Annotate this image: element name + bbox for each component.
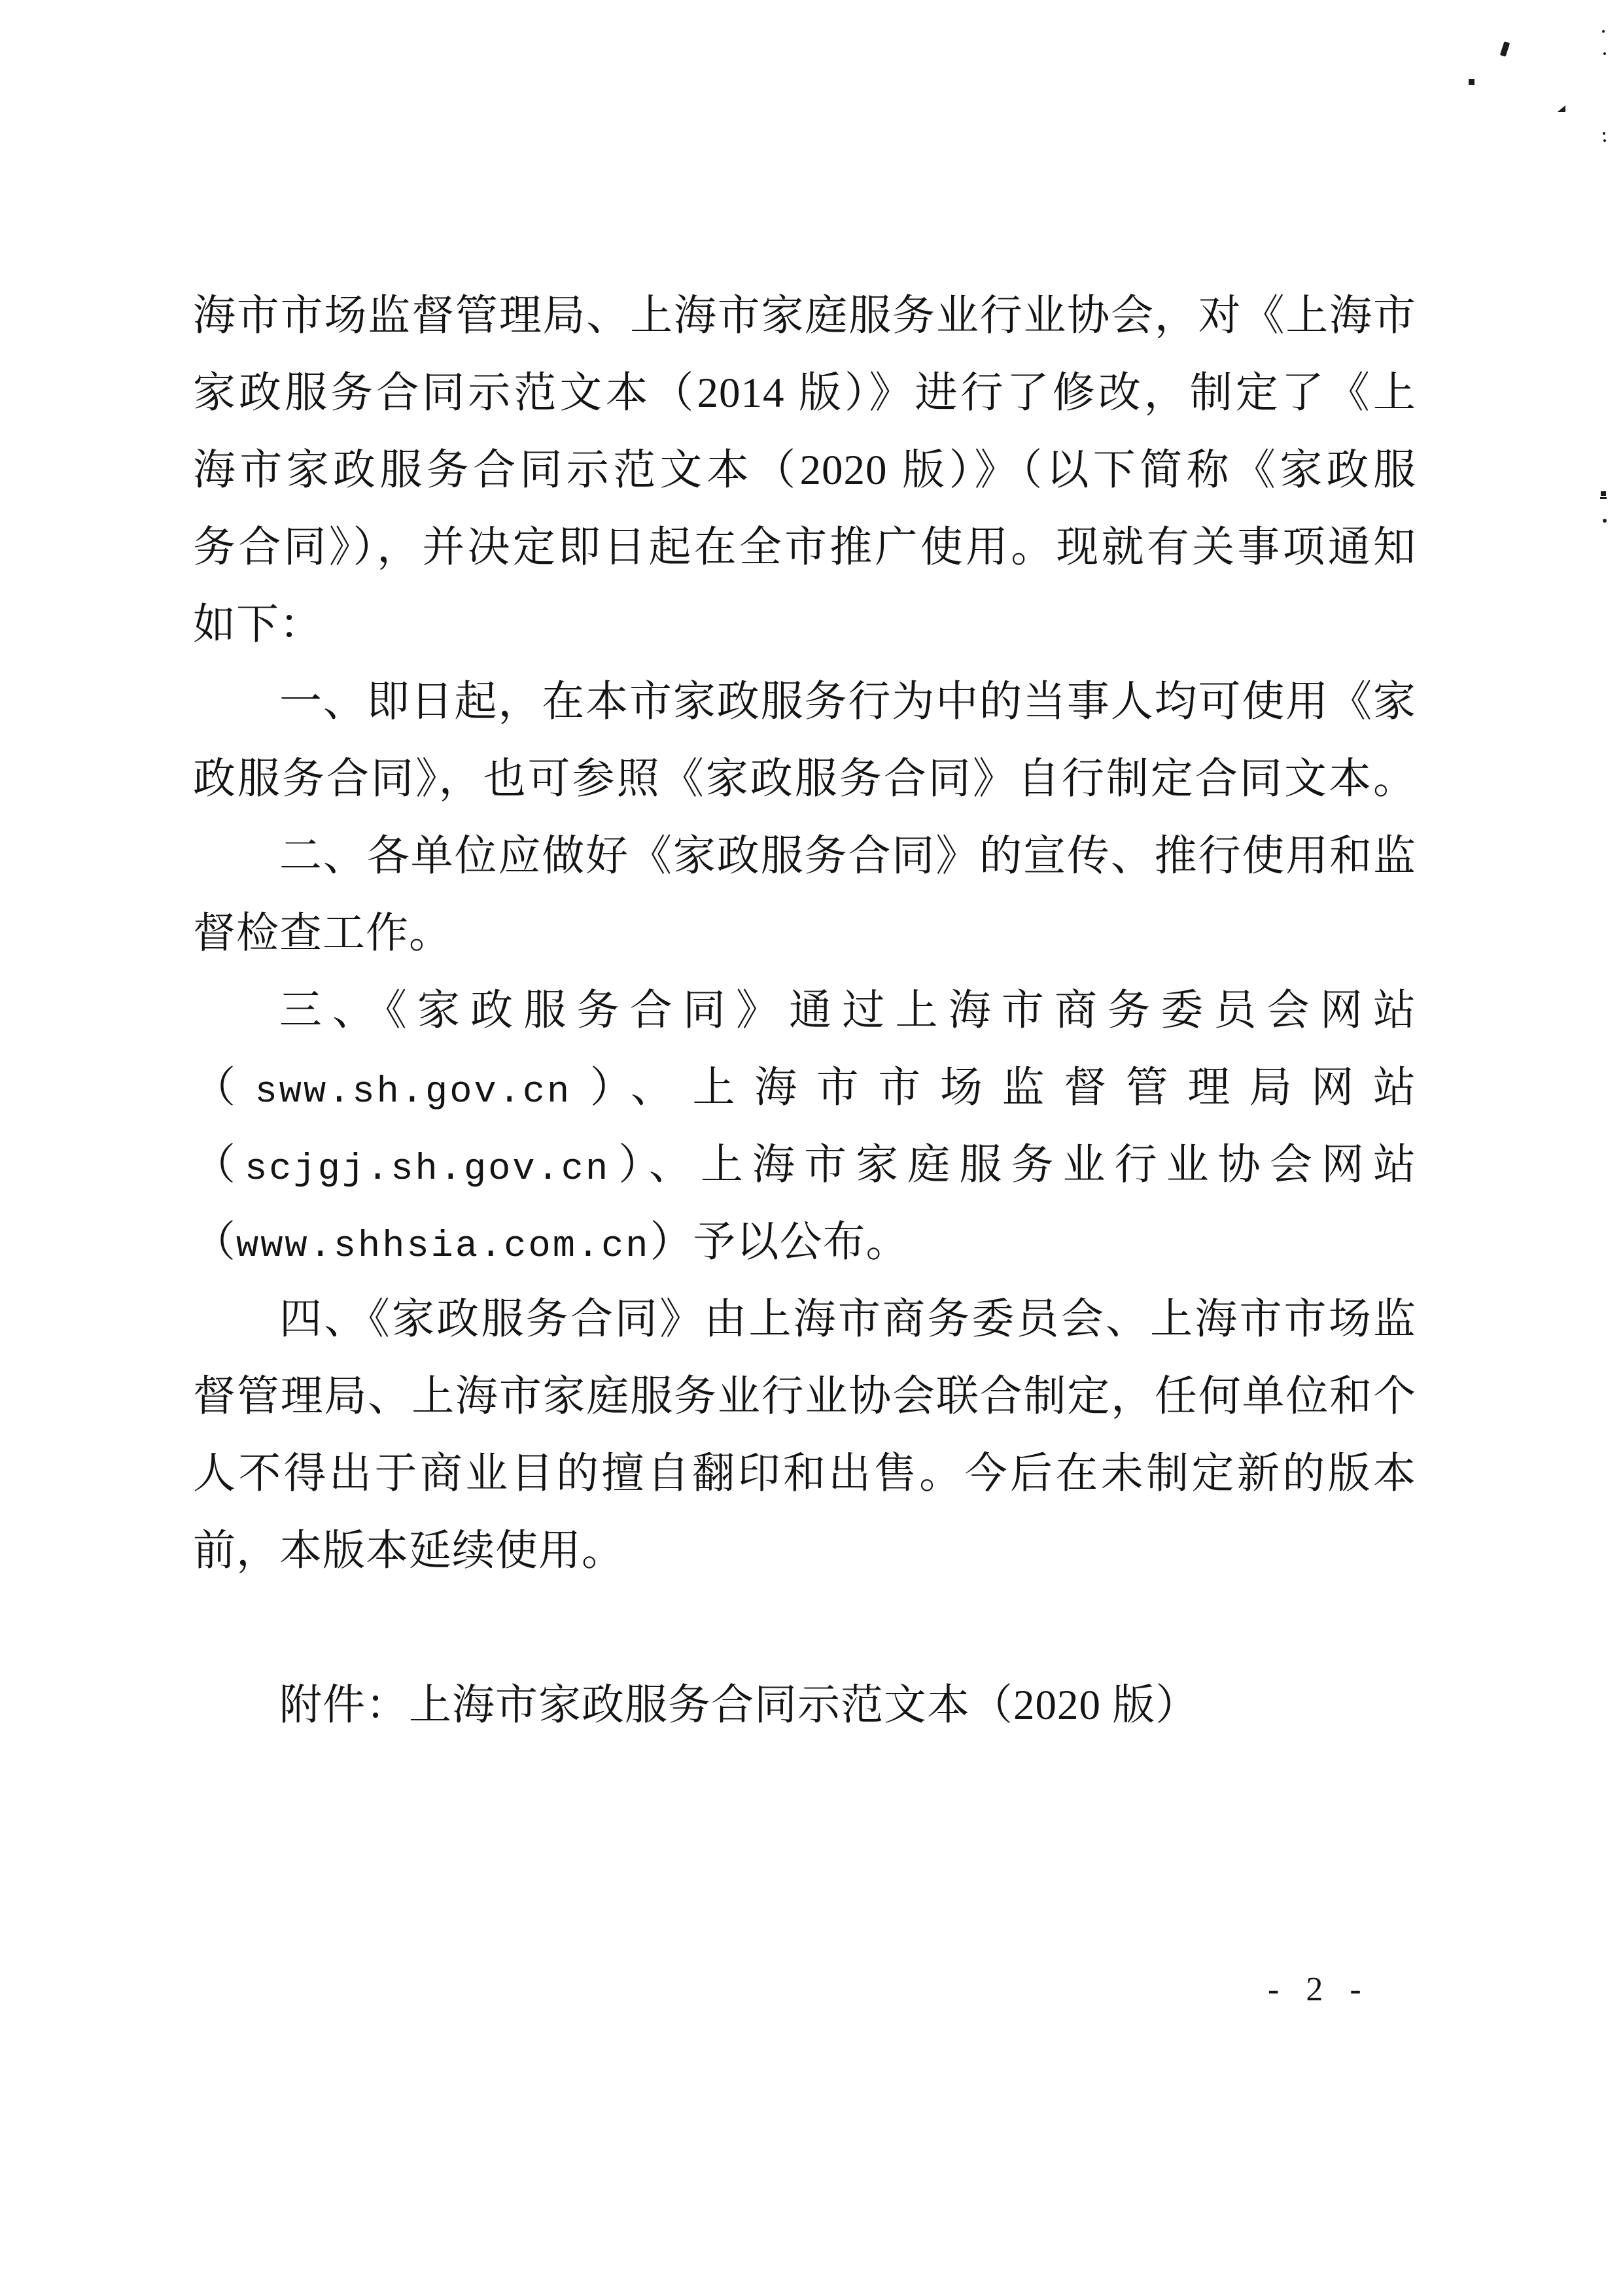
scan-speck bbox=[1603, 139, 1606, 142]
page-number: - 2 - bbox=[1268, 1970, 1370, 2009]
scan-speck bbox=[1558, 105, 1565, 112]
scan-speck bbox=[1469, 79, 1475, 85]
scan-speck bbox=[1603, 519, 1607, 523]
document-line: 政服务合同》，也可参照《家政服务合同》自行制定合同文本。 bbox=[193, 740, 1416, 818]
attachment-line: 附件：上海市家政服务合同示范文本（2020 版） bbox=[193, 1667, 1416, 1744]
paren-open: （ bbox=[193, 1064, 255, 1111]
document-line: 三、《家政服务合同》通过上海市商务委员会网站 bbox=[193, 972, 1416, 1049]
document-line: 人不得出于商业目的擅自翻印和出售。今后在未制定新的版本 bbox=[193, 1435, 1416, 1512]
scanned-document-page: { "page": { "number_label": "- 2 -" }, "… bbox=[0, 0, 1623, 2296]
document-line: 海市市场监督管理局、上海市家庭服务业行业协会，对《上海市 bbox=[193, 277, 1416, 355]
document-line: （www.shhsia.com.cn）予以公布。 bbox=[193, 1204, 1416, 1281]
blank-line bbox=[193, 1590, 1416, 1667]
document-line: 督检查工作。 bbox=[193, 895, 1416, 972]
document-line: 四、《家政服务合同》由上海市商务委员会、上海市市场监 bbox=[193, 1281, 1416, 1358]
scan-speck bbox=[1500, 41, 1510, 57]
document-line: （sww.sh.gov.cn）、上海市市场监督管理局网站 bbox=[193, 1049, 1416, 1126]
document-line: 家政服务合同示范文本（2014 版）》进行了修改，制定了《上 bbox=[193, 355, 1416, 432]
scan-speck bbox=[1603, 132, 1605, 135]
document-line: 如下： bbox=[193, 586, 1416, 663]
document-line: 督管理局、上海市家庭服务业行业协会联合制定，任何单位和个 bbox=[193, 1358, 1416, 1435]
line-rest: ）、上海市家庭服务业行业协会网站 bbox=[610, 1141, 1416, 1189]
document-line: 海市家政服务合同示范文本（2020 版）》（以下简称《家政服 bbox=[193, 432, 1416, 509]
document-body: 海市市场监督管理局、上海市家庭服务业行业协会，对《上海市 家政服务合同示范文本（… bbox=[193, 277, 1416, 1744]
scan-speck bbox=[1602, 30, 1605, 33]
paren-open: （ bbox=[193, 1141, 245, 1189]
website-url: www.shhsia.com.cn bbox=[236, 1226, 650, 1268]
document-line: 二、各单位应做好《家政服务合同》的宣传、推行使用和监 bbox=[193, 818, 1416, 895]
document-line: （scjgj.sh.gov.cn）、上海市家庭服务业行业协会网站 bbox=[193, 1126, 1416, 1204]
paren-open: （ bbox=[193, 1219, 236, 1266]
document-line: 一、即日起，在本市家政服务行为中的当事人均可使用《家 bbox=[193, 663, 1416, 740]
website-url: scjgj.sh.gov.cn bbox=[245, 1149, 610, 1191]
line-rest: ）、上海市市场监督管理局网站 bbox=[571, 1064, 1416, 1111]
scan-speck bbox=[1600, 497, 1607, 499]
scan-speck bbox=[1603, 52, 1606, 55]
document-line: 务合同》），并决定即日起在全市推广使用。现就有关事项通知 bbox=[193, 509, 1416, 586]
website-url: sww.sh.gov.cn bbox=[255, 1071, 572, 1113]
page: 海市市场监督管理局、上海市家庭服务业行业协会，对《上海市 家政服务合同示范文本（… bbox=[0, 0, 1623, 2296]
line-rest: ）予以公布。 bbox=[650, 1219, 909, 1266]
document-line: 前，本版本延续使用。 bbox=[193, 1512, 1416, 1590]
scan-speck bbox=[1601, 491, 1606, 496]
